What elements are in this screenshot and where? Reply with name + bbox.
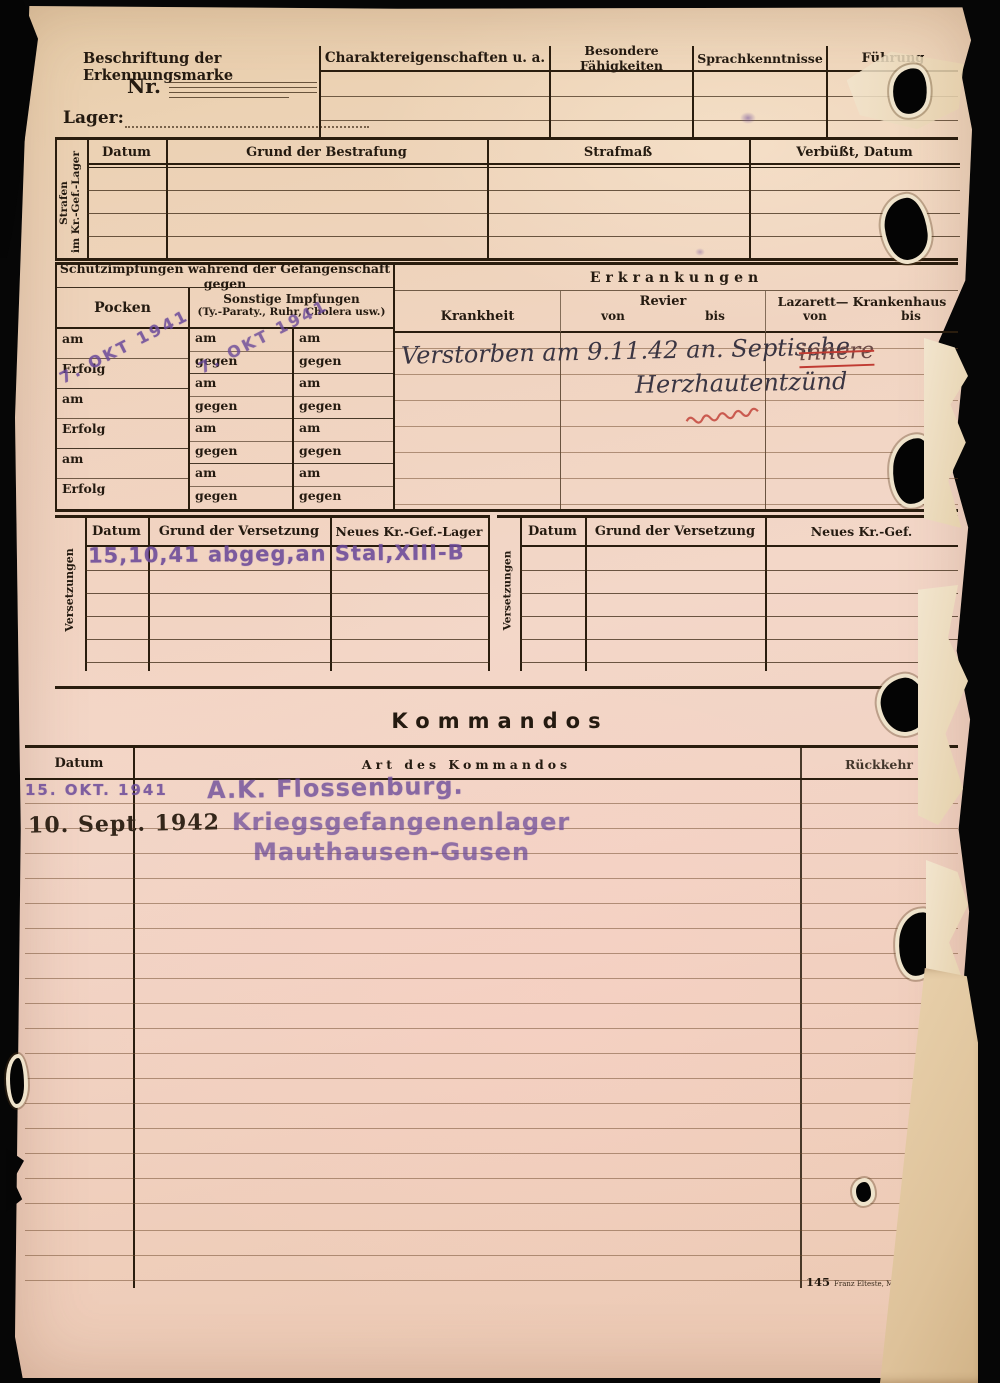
rule	[25, 878, 958, 879]
column-header: Datum	[85, 522, 148, 540]
form-print-mark: 145 Franz Elteste, M	[806, 1275, 893, 1289]
revier-label: Revier	[561, 294, 765, 309]
kommando-date-stamp: 10. Sept. 1942	[28, 809, 220, 838]
form-number: 145	[806, 1275, 830, 1289]
row-label: am	[294, 464, 393, 487]
rule	[169, 97, 289, 98]
column-header: Strafmaß	[487, 143, 749, 161]
ink-stain	[740, 112, 756, 124]
revier-header: Revier von bis	[560, 291, 765, 333]
divider	[585, 518, 587, 671]
column-header: Neues Kr.-Gef.-Lager	[330, 522, 488, 540]
versetzungen-side-label: Versetzungen	[502, 541, 515, 641]
rule	[169, 82, 317, 83]
erkrankungen-header-row: Krankheit Revier von bis Lazarett— Krank…	[395, 291, 958, 333]
column-header: Grund der Versetzung	[148, 522, 330, 540]
von-label: von	[803, 309, 827, 323]
rule	[520, 616, 958, 617]
traits-column: Charaktereigenschaften u. a.	[321, 46, 551, 137]
traits-column: Sprachkenntnisse	[694, 46, 828, 137]
rule	[395, 426, 958, 427]
row-label: am	[57, 449, 188, 479]
column-header: Charaktereigenschaften u. a.	[321, 46, 549, 72]
rule	[25, 903, 958, 904]
column-header: Datum	[520, 522, 585, 540]
transfer-stamp: 15,10,41 abgeg,an Stal,XIII-B	[88, 540, 465, 567]
bis-label: bis	[901, 309, 921, 323]
column-header: Verbüßt, Datum	[749, 143, 960, 161]
rule	[85, 616, 490, 617]
divider	[765, 518, 767, 671]
divider	[85, 518, 87, 671]
rule	[169, 87, 317, 88]
impfungen-header-row: Pocken Sonstige Impfungen (Ty.-Paraty., …	[57, 288, 393, 329]
strafen-table: Strafen im Kr.-Gef.-Lager Datum Grund de…	[55, 137, 958, 261]
row-label: gegen	[294, 442, 393, 465]
row-label: Erfolg	[57, 479, 188, 509]
column-header: Datum	[25, 754, 133, 772]
death-entry-line2: Herzhautentzünd	[635, 367, 848, 399]
row-label: gegen	[294, 352, 393, 375]
empty-row	[321, 97, 549, 121]
row-label: am	[190, 419, 292, 442]
von-label: von	[601, 309, 625, 323]
lazarett-header: Lazarett— Krankenhaus von bis	[765, 291, 958, 333]
rule	[520, 570, 958, 571]
rule	[25, 1128, 958, 1129]
death-entry-struck-word: innere	[799, 338, 875, 369]
row-label: gegen	[294, 397, 393, 420]
rule	[520, 639, 958, 640]
empty-row	[694, 72, 826, 97]
empty-row	[828, 97, 958, 121]
rule	[169, 92, 317, 93]
bis-label: bis	[705, 309, 725, 323]
row-label: am	[57, 389, 188, 419]
kommando-date-stamp: 15. OKT. 1941	[25, 781, 168, 799]
empty-row	[551, 72, 692, 97]
row-label: gegen	[190, 397, 292, 420]
row-label: am	[190, 464, 292, 487]
rule	[25, 1003, 958, 1004]
erkrankungen-body: Verstorben am 9.11.42 an. Septische inne…	[395, 333, 958, 509]
rule	[395, 400, 958, 401]
id-block: Beschriftung der Erkennungsmarke Nr. Lag…	[55, 42, 319, 137]
erkrankungen-title: Erkrankungen	[395, 265, 958, 291]
empty-row	[828, 72, 958, 97]
rule	[520, 593, 958, 594]
empty-row	[551, 97, 692, 121]
side-label-line: im Kr.-Gef.-Lager	[70, 153, 82, 253]
rule	[87, 213, 960, 214]
rule	[25, 1203, 958, 1204]
column-header: Grund der Versetzung	[585, 522, 765, 540]
rule	[85, 662, 490, 663]
rule	[85, 639, 490, 640]
side-label-line: Strafen	[58, 153, 70, 253]
row-label: gegen	[190, 442, 292, 465]
rule	[25, 928, 958, 929]
column-header: Datum	[87, 143, 166, 161]
lager-label: Lager:	[63, 108, 124, 128]
death-entry-line1: Verstorben am 9.11.42 an. Septische	[401, 332, 851, 369]
rule	[25, 1078, 958, 1079]
lazarett-label: Lazarett— Krankenhaus	[766, 294, 958, 309]
column-header: Rückkehr	[800, 755, 958, 773]
divider	[148, 518, 150, 671]
strafen-side-label: Strafen im Kr.-Gef.-Lager	[58, 153, 84, 253]
rule	[25, 1028, 958, 1029]
kommando-stamp: Kriegsgefangenenlager	[232, 808, 570, 836]
row-label: am	[294, 374, 393, 397]
divider	[800, 748, 802, 1288]
kommandos-title: Kommandos	[0, 709, 1000, 733]
rule	[25, 1178, 958, 1179]
rule	[25, 1153, 958, 1154]
red-scribble	[682, 401, 765, 426]
empty-row	[694, 97, 826, 121]
section-rule	[55, 686, 958, 689]
rule	[520, 545, 958, 547]
divider	[520, 518, 522, 671]
rule	[87, 163, 960, 165]
column-header: Neues Kr.-Gef.	[765, 522, 958, 540]
traits-table: Charaktereigenschaften u. a. Besondere F…	[321, 46, 958, 137]
kommandos-table: Datum Art des Kommandos Rückkehr 15. OKT…	[25, 745, 958, 1285]
rule	[395, 504, 958, 505]
empty-row	[321, 72, 549, 97]
impfungen-title: Schutzimpfungen während der Gefangenscha…	[57, 265, 393, 288]
row-label: am	[294, 419, 393, 442]
rule	[25, 953, 958, 954]
traits-column: Führung	[828, 46, 958, 137]
krankheit-header: Krankheit	[395, 291, 560, 333]
rule	[87, 167, 960, 168]
rule	[25, 1230, 958, 1231]
rule	[87, 236, 960, 237]
row-label: am	[294, 329, 393, 352]
row-label: gegen	[294, 487, 393, 510]
divider	[488, 518, 490, 671]
column-header: Sprachkenntnisse	[694, 46, 826, 72]
id-number-label: Nr.	[127, 74, 161, 98]
rule	[25, 1103, 958, 1104]
von-bis-row: von bis	[561, 309, 765, 323]
row-label: Erfolg	[57, 419, 188, 449]
row-label: gegen	[190, 487, 292, 510]
rule	[85, 570, 490, 571]
column-header: Art des Kommandos	[133, 755, 800, 773]
id-block-title: Beschriftung der Erkennungsmarke	[83, 50, 319, 84]
column-header: Führung	[828, 46, 958, 72]
sonstige-header-line1: Sonstige Impfungen	[190, 292, 393, 306]
record-card-content: Beschriftung der Erkennungsmarke Nr. Lag…	[0, 0, 1000, 1383]
rule	[25, 803, 958, 804]
versetzungen-table-right: Versetzungen Datum Grund der Versetzung …	[497, 515, 958, 668]
erkrankungen-table: Erkrankungen Krankheit Revier von bis La…	[395, 262, 958, 512]
printer-name: Franz Elteste, M	[834, 1280, 893, 1288]
rule	[25, 1255, 958, 1256]
row-label: am	[190, 374, 292, 397]
rule	[85, 593, 490, 594]
rule	[395, 478, 958, 479]
traits-column: Besondere Fähigkeiten	[551, 46, 694, 137]
sonstige-column-b: am gegen am gegen am gegen am gegen	[294, 329, 393, 509]
rule	[395, 452, 958, 453]
rule	[25, 778, 958, 780]
versetzungen-table-left: Versetzungen Datum Grund der Versetzung …	[55, 515, 490, 668]
versetzungen-side-label: Versetzungen	[63, 540, 77, 640]
ink-stain	[695, 248, 705, 256]
column-header: Grund der Bestrafung	[166, 143, 487, 161]
column-header: Besondere Fähigkeiten	[551, 46, 692, 72]
rule	[25, 978, 958, 979]
rule	[25, 1053, 958, 1054]
rule	[520, 662, 958, 663]
rule	[87, 190, 960, 191]
impfungen-table: Schutzimpfungen während der Gefangenscha…	[55, 262, 395, 512]
kommando-stamp: A.K. Flossenburg.	[207, 772, 464, 804]
kommando-stamp: Mauthausen-Gusen	[253, 838, 530, 866]
von-bis-row: von bis	[766, 309, 958, 323]
